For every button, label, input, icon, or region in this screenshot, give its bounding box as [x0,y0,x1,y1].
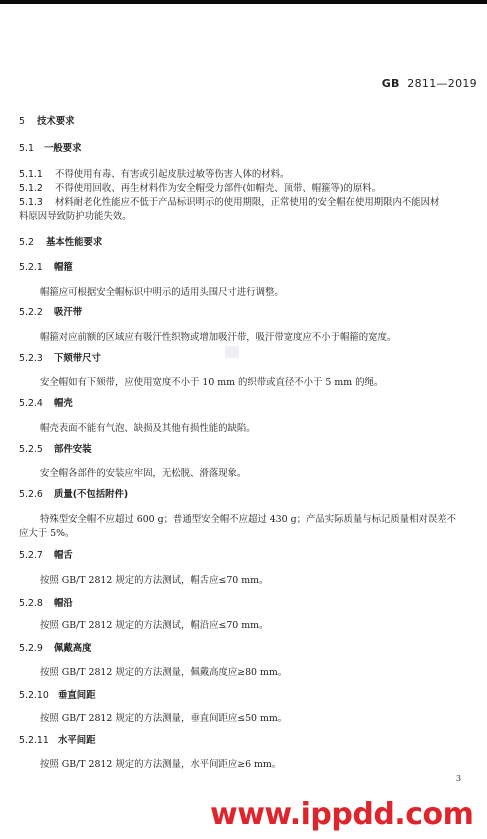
clause-5-1-2: 5.1.2 不得使用回收、再生材料作为安全帽受力部件(如帽壳、顶带、帽箍等)的原… [19,183,381,195]
clause-number: 5.2.5 [19,444,51,456]
clause-5-2-1-body: 帽箍应可根据安全帽标识中明示的适用头围尺寸进行调整。 [40,287,284,299]
clause-5-1-1: 5.1.1 不得使用有毒、有害或引起皮肤过敏等伤害人体的材料。 [19,169,289,181]
standard-code: GB 2811—2019 [382,77,477,90]
clause-5-2-8-body: 按照 GB/T 2812 规定的方法测试，帽沿应≤70 mm。 [40,620,268,632]
section-title: 一般要求 [44,143,82,154]
clause-title: 垂直间距 [58,690,96,701]
clause-5-2-7-body: 按照 GB/T 2812 规定的方法测试，帽舌应≤70 mm。 [40,575,268,587]
clause-title: 佩戴高度 [54,643,92,654]
clause-title: 水平间距 [58,735,96,746]
page-number: 3 [456,774,461,783]
clause-5-2-2-heading: 5.2.2 吸汗带 [19,307,82,319]
section-title: 技术要求 [37,116,75,127]
clause-5-2-4-heading: 5.2.4 帽壳 [19,398,73,410]
clause-5-2-11-heading: 5.2.11 水平间距 [19,735,96,747]
clause-title: 吸汗带 [54,307,82,318]
clause-5-2-4-body: 帽壳表面不能有气泡、缺损及其他有损性能的缺陷。 [40,423,256,435]
clause-5-2-10-heading: 5.2.10 垂直间距 [19,690,96,702]
clause-text-continued: 料原因导致防护功能失效。 [19,211,132,222]
section-number: 5.2 [19,237,43,249]
clause-5-2-6-body-continued: 应大于 5%。 [19,528,74,540]
section-5-2-heading: 5.2 基本性能要求 [19,237,102,249]
top-border [0,0,487,4]
clause-5-2-1-heading: 5.2.1 帽箍 [19,262,73,274]
clause-5-2-7-heading: 5.2.7 帽舌 [19,550,73,562]
clause-text: 材料耐老化性能应不低于产品标识明示的使用期限，正常使用的安全帽在使用期限内不能因… [55,197,439,208]
scan-artifact [225,346,239,358]
clause-5-2-3-body: 安全帽如有下颏带，应使用宽度不小于 10 mm 的织带或直径不小于 5 mm 的… [40,377,383,389]
clause-number: 5.2.3 [19,353,51,365]
clause-number: 5.2.8 [19,598,51,610]
clause-number: 5.2.4 [19,398,51,410]
clause-title: 部件安装 [54,444,92,455]
clause-5-2-10-body: 按照 GB/T 2812 规定的方法测量，垂直间距应≤50 mm。 [40,713,287,725]
clause-5-2-6-body: 特殊型安全帽不应超过 600 g；普通型安全帽不应超过 430 g；产品实际质量… [40,514,456,526]
clause-number: 5.2.2 [19,307,51,319]
clause-5-2-6-heading: 5.2.6 质量(不包括附件) [19,489,128,501]
clause-5-2-11-body: 按照 GB/T 2812 规定的方法测量，水平间距应≥6 mm。 [40,759,281,771]
clause-title: 帽沿 [54,598,73,609]
clause-number: 5.2.10 [19,690,55,702]
clause-title: 帽壳 [54,398,73,409]
section-number: 5.1 [19,143,41,155]
clause-5-2-5-heading: 5.2.5 部件安装 [19,444,92,456]
watermark-url: www.ippdd.com [210,797,473,832]
clause-5-2-8-heading: 5.2.8 帽沿 [19,598,73,610]
clause-5-2-5-body: 安全帽各部件的安装应牢固，无松脱、滑落现象。 [40,468,246,480]
clause-text: 不得使用有毒、有害或引起皮肤过敏等伤害人体的材料。 [55,169,289,180]
clause-5-2-9-heading: 5.2.9 佩戴高度 [19,643,92,655]
clause-number: 5.2.7 [19,550,51,562]
section-5-heading: 5 技术要求 [19,116,75,128]
clause-number: 5.1.1 [19,169,52,181]
clause-title: 下颏带尺寸 [54,353,101,364]
section-title: 基本性能要求 [46,237,102,248]
standard-number: 2811—2019 [407,77,477,90]
clause-title: 帽箍 [54,262,73,273]
clause-number: 5.1.2 [19,183,52,195]
clause-title: 质量(不包括附件) [54,489,128,500]
section-number: 5 [19,116,34,128]
section-5-1-heading: 5.1 一般要求 [19,143,82,155]
clause-number: 5.2.9 [19,643,51,655]
clause-number: 5.2.11 [19,735,55,747]
clause-5-1-3: 5.1.3 材料耐老化性能应不低于产品标识明示的使用期限，正常使用的安全帽在使用… [19,197,439,209]
clause-5-2-9-body: 按照 GB/T 2812 规定的方法测量，佩戴高度应≥80 mm。 [40,667,287,679]
clause-number: 5.2.6 [19,489,51,501]
clause-title: 帽舌 [54,550,73,561]
standard-prefix: GB [382,77,400,90]
clause-number: 5.1.3 [19,197,52,209]
clause-5-2-3-heading: 5.2.3 下颏带尺寸 [19,353,101,365]
clause-5-2-2-body: 帽箍对应前额的区域应有吸汗性织物或增加吸汗带，吸汗带宽度应不小于帽箍的宽度。 [40,332,396,344]
clause-number: 5.2.1 [19,262,51,274]
clause-text: 不得使用回收、再生材料作为安全帽受力部件(如帽壳、顶带、帽箍等)的原料。 [55,183,381,194]
clause-5-1-3-continued: 料原因导致防护功能失效。 [19,211,132,223]
